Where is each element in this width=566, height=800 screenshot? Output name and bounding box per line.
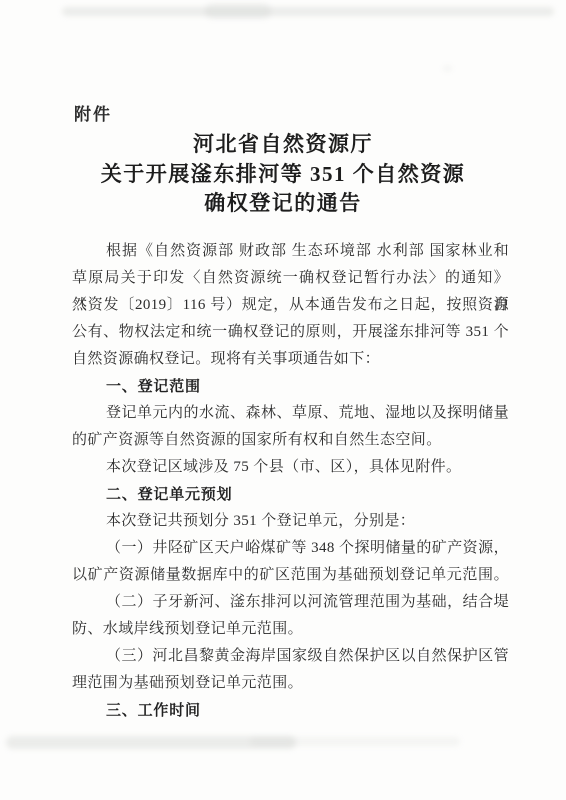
- section-heading: 一、登记范围: [72, 373, 509, 400]
- scan-artifact: [6, 736, 296, 749]
- document-body: 根据《自然资源部 财政部 生态环境部 水利部 国家林业和草原局关于印发〈自然资源…: [72, 238, 509, 724]
- title-line: 确权登记的通告: [40, 189, 526, 219]
- document-title: 河北省自然资源厅关于开展滏东排河等 351 个自然资源确权登记的通告: [40, 130, 526, 219]
- body-line: 以矿产资源储量数据库中的矿区范围为基础预划登记单元范围。: [72, 562, 509, 589]
- section-heading: 三、工作时间: [72, 697, 509, 724]
- body-line: 本次登记共预划分 351 个登记单元，分别是：: [72, 508, 509, 535]
- body-line: （一）井陉矿区天户峪煤矿等 348 个探明储量的矿产资源，: [72, 535, 509, 562]
- body-line: 防、水域岸线预划登记单元范围。: [72, 616, 509, 643]
- scan-artifact: [443, 66, 452, 71]
- body-line: 理范围为基础预划登记单元范围。: [72, 670, 509, 697]
- body-line: 的矿产资源等自然资源的国家所有权和自然生态空间。: [72, 427, 509, 454]
- body-line: 登记单元内的水流、森林、草原、荒地、湿地以及探明储量: [72, 400, 509, 427]
- scan-artifact: [250, 737, 460, 746]
- body-line: 自然资源确权登记。现将有关事项通告如下：: [72, 346, 509, 373]
- document-page: 附件 河北省自然资源厅关于开展滏东排河等 351 个自然资源确权登记的通告 根据…: [0, 0, 566, 800]
- body-line: 公有、物权法定和统一确权登记的原则，开展滏东排河等 351 个: [72, 319, 509, 346]
- body-line: 草原局关于印发〈自然资源统一确权登记暂行办法〉的通知》（自: [72, 265, 509, 292]
- body-line: 然资发〔2019〕116 号）规定，从本通告发布之日起，按照资源: [72, 292, 509, 319]
- body-line: （三）河北昌黎黄金海岸国家级自然保护区以自然保护区管: [72, 643, 509, 670]
- title-line: 河北省自然资源厅: [40, 130, 526, 160]
- section-heading: 二、登记单元预划: [72, 481, 509, 508]
- scan-artifact: [62, 7, 554, 16]
- attachment-label: 附件: [74, 100, 112, 125]
- body-line: 根据《自然资源部 财政部 生态环境部 水利部 国家林业和: [72, 238, 509, 265]
- title-line: 关于开展滏东排河等 351 个自然资源: [40, 160, 526, 190]
- body-line: 本次登记区域涉及 75 个县（市、区），具体见附件。: [72, 454, 509, 481]
- body-line: （二）子牙新河、滏东排河以河流管理范围为基础，结合堤: [72, 589, 509, 616]
- scan-artifact: [205, 3, 271, 19]
